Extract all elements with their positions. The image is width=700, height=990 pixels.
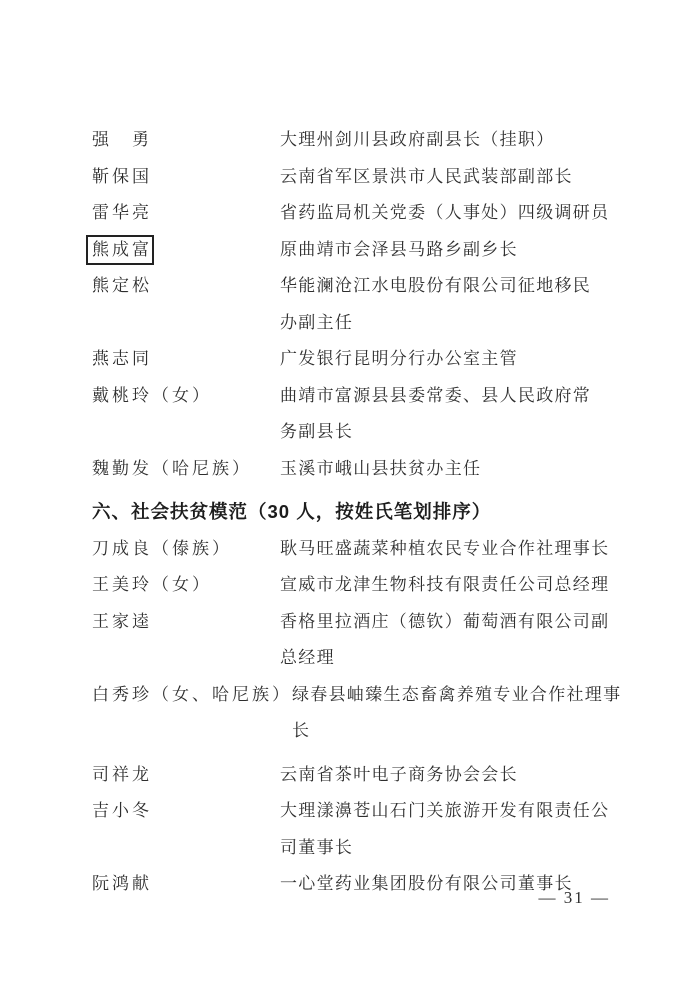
person-title: 曲靖市富源县县委常委、县人民政府常 务副县长 xyxy=(280,378,632,451)
person-name: 戴桃玲（女） xyxy=(92,378,280,415)
person-name: 白秀珍（女、哈尼族） xyxy=(92,677,292,714)
name-box: 熊成富 xyxy=(86,235,154,265)
table-row: 魏勤发（哈尼族） 玉溪市峨山县扶贫办主任 xyxy=(92,451,632,488)
person-name: 吉小冬 xyxy=(92,793,280,830)
table-row: 燕志同 广发银行昆明分行办公室主管 xyxy=(92,341,632,378)
person-title: 宣威市龙津生物科技有限责任公司总经理 xyxy=(280,567,632,604)
person-name: 燕志同 xyxy=(92,341,280,378)
person-name: 阮鸿献 xyxy=(92,866,280,903)
person-name: 王家逵 xyxy=(92,604,280,641)
person-title: 广发银行昆明分行办公室主管 xyxy=(280,341,632,378)
table-row: 王美玲（女） 宣威市龙津生物科技有限责任公司总经理 xyxy=(92,567,632,604)
table-row: 靳保国 云南省军区景洪市人民武装部副部长 xyxy=(92,159,632,196)
table-row: 熊成富 原曲靖市会泽县马路乡副乡长 xyxy=(92,232,632,269)
person-name: 魏勤发（哈尼族） xyxy=(92,451,280,488)
table-row: 吉小冬 大理漾濞苍山石门关旅游开发有限责任公 司董事长 xyxy=(92,793,632,866)
section-heading: 六、社会扶贫模范（30 人，按姓氏笔划排序） xyxy=(92,494,632,531)
person-title: 云南省军区景洪市人民武装部副部长 xyxy=(280,159,632,196)
person-name: 王美玲（女） xyxy=(92,567,280,604)
page-number: — 31 — xyxy=(539,886,611,910)
person-name: 刀成良（傣族） xyxy=(92,531,280,568)
person-title: 香格里拉酒庄（德钦）葡萄酒有限公司副 总经理 xyxy=(280,604,632,677)
person-title: 大理州剑川县政府副县长（挂职） xyxy=(280,122,632,159)
table-row: 白秀珍（女、哈尼族） 绿春县岫臻生态畜禽养殖专业合作社理事长 xyxy=(92,677,632,750)
table-row: 熊定松 华能澜沧江水电股份有限公司征地移民 办副主任 xyxy=(92,268,632,341)
person-title: 云南省茶叶电子商务协会会长 xyxy=(280,757,632,794)
person-name: 熊成富 xyxy=(92,232,280,269)
person-title: 绿春县岫臻生态畜禽养殖专业合作社理事长 xyxy=(292,677,632,750)
document-content: 强 勇 大理州剑川县政府副县长（挂职） 靳保国 云南省军区景洪市人民武装部副部长… xyxy=(92,0,632,903)
person-title: 玉溪市峨山县扶贫办主任 xyxy=(280,451,632,488)
table-row: 司祥龙 云南省茶叶电子商务协会会长 xyxy=(92,757,632,794)
person-name: 靳保国 xyxy=(92,159,280,196)
person-title: 省药监局机关党委（人事处）四级调研员 xyxy=(280,195,632,232)
person-name: 熊定松 xyxy=(92,268,280,305)
table-row: 刀成良（傣族） 耿马旺盛蔬菜种植农民专业合作社理事长 xyxy=(92,531,632,568)
table-row: 王家逵 香格里拉酒庄（德钦）葡萄酒有限公司副 总经理 xyxy=(92,604,632,677)
person-name: 雷华亮 xyxy=(92,195,280,232)
person-name: 司祥龙 xyxy=(92,757,280,794)
table-row: 雷华亮 省药监局机关党委（人事处）四级调研员 xyxy=(92,195,632,232)
person-title: 华能澜沧江水电股份有限公司征地移民 办副主任 xyxy=(280,268,632,341)
person-title: 原曲靖市会泽县马路乡副乡长 xyxy=(280,232,632,269)
table-row: 戴桃玲（女） 曲靖市富源县县委常委、县人民政府常 务副县长 xyxy=(92,378,632,451)
person-title: 大理漾濞苍山石门关旅游开发有限责任公 司董事长 xyxy=(280,793,632,866)
document-page: 强 勇 大理州剑川县政府副县长（挂职） 靳保国 云南省军区景洪市人民武装部副部长… xyxy=(0,0,700,990)
table-row: 强 勇 大理州剑川县政府副县长（挂职） xyxy=(92,122,632,159)
person-name: 强 勇 xyxy=(92,122,280,159)
person-title: 耿马旺盛蔬菜种植农民专业合作社理事长 xyxy=(280,531,632,568)
